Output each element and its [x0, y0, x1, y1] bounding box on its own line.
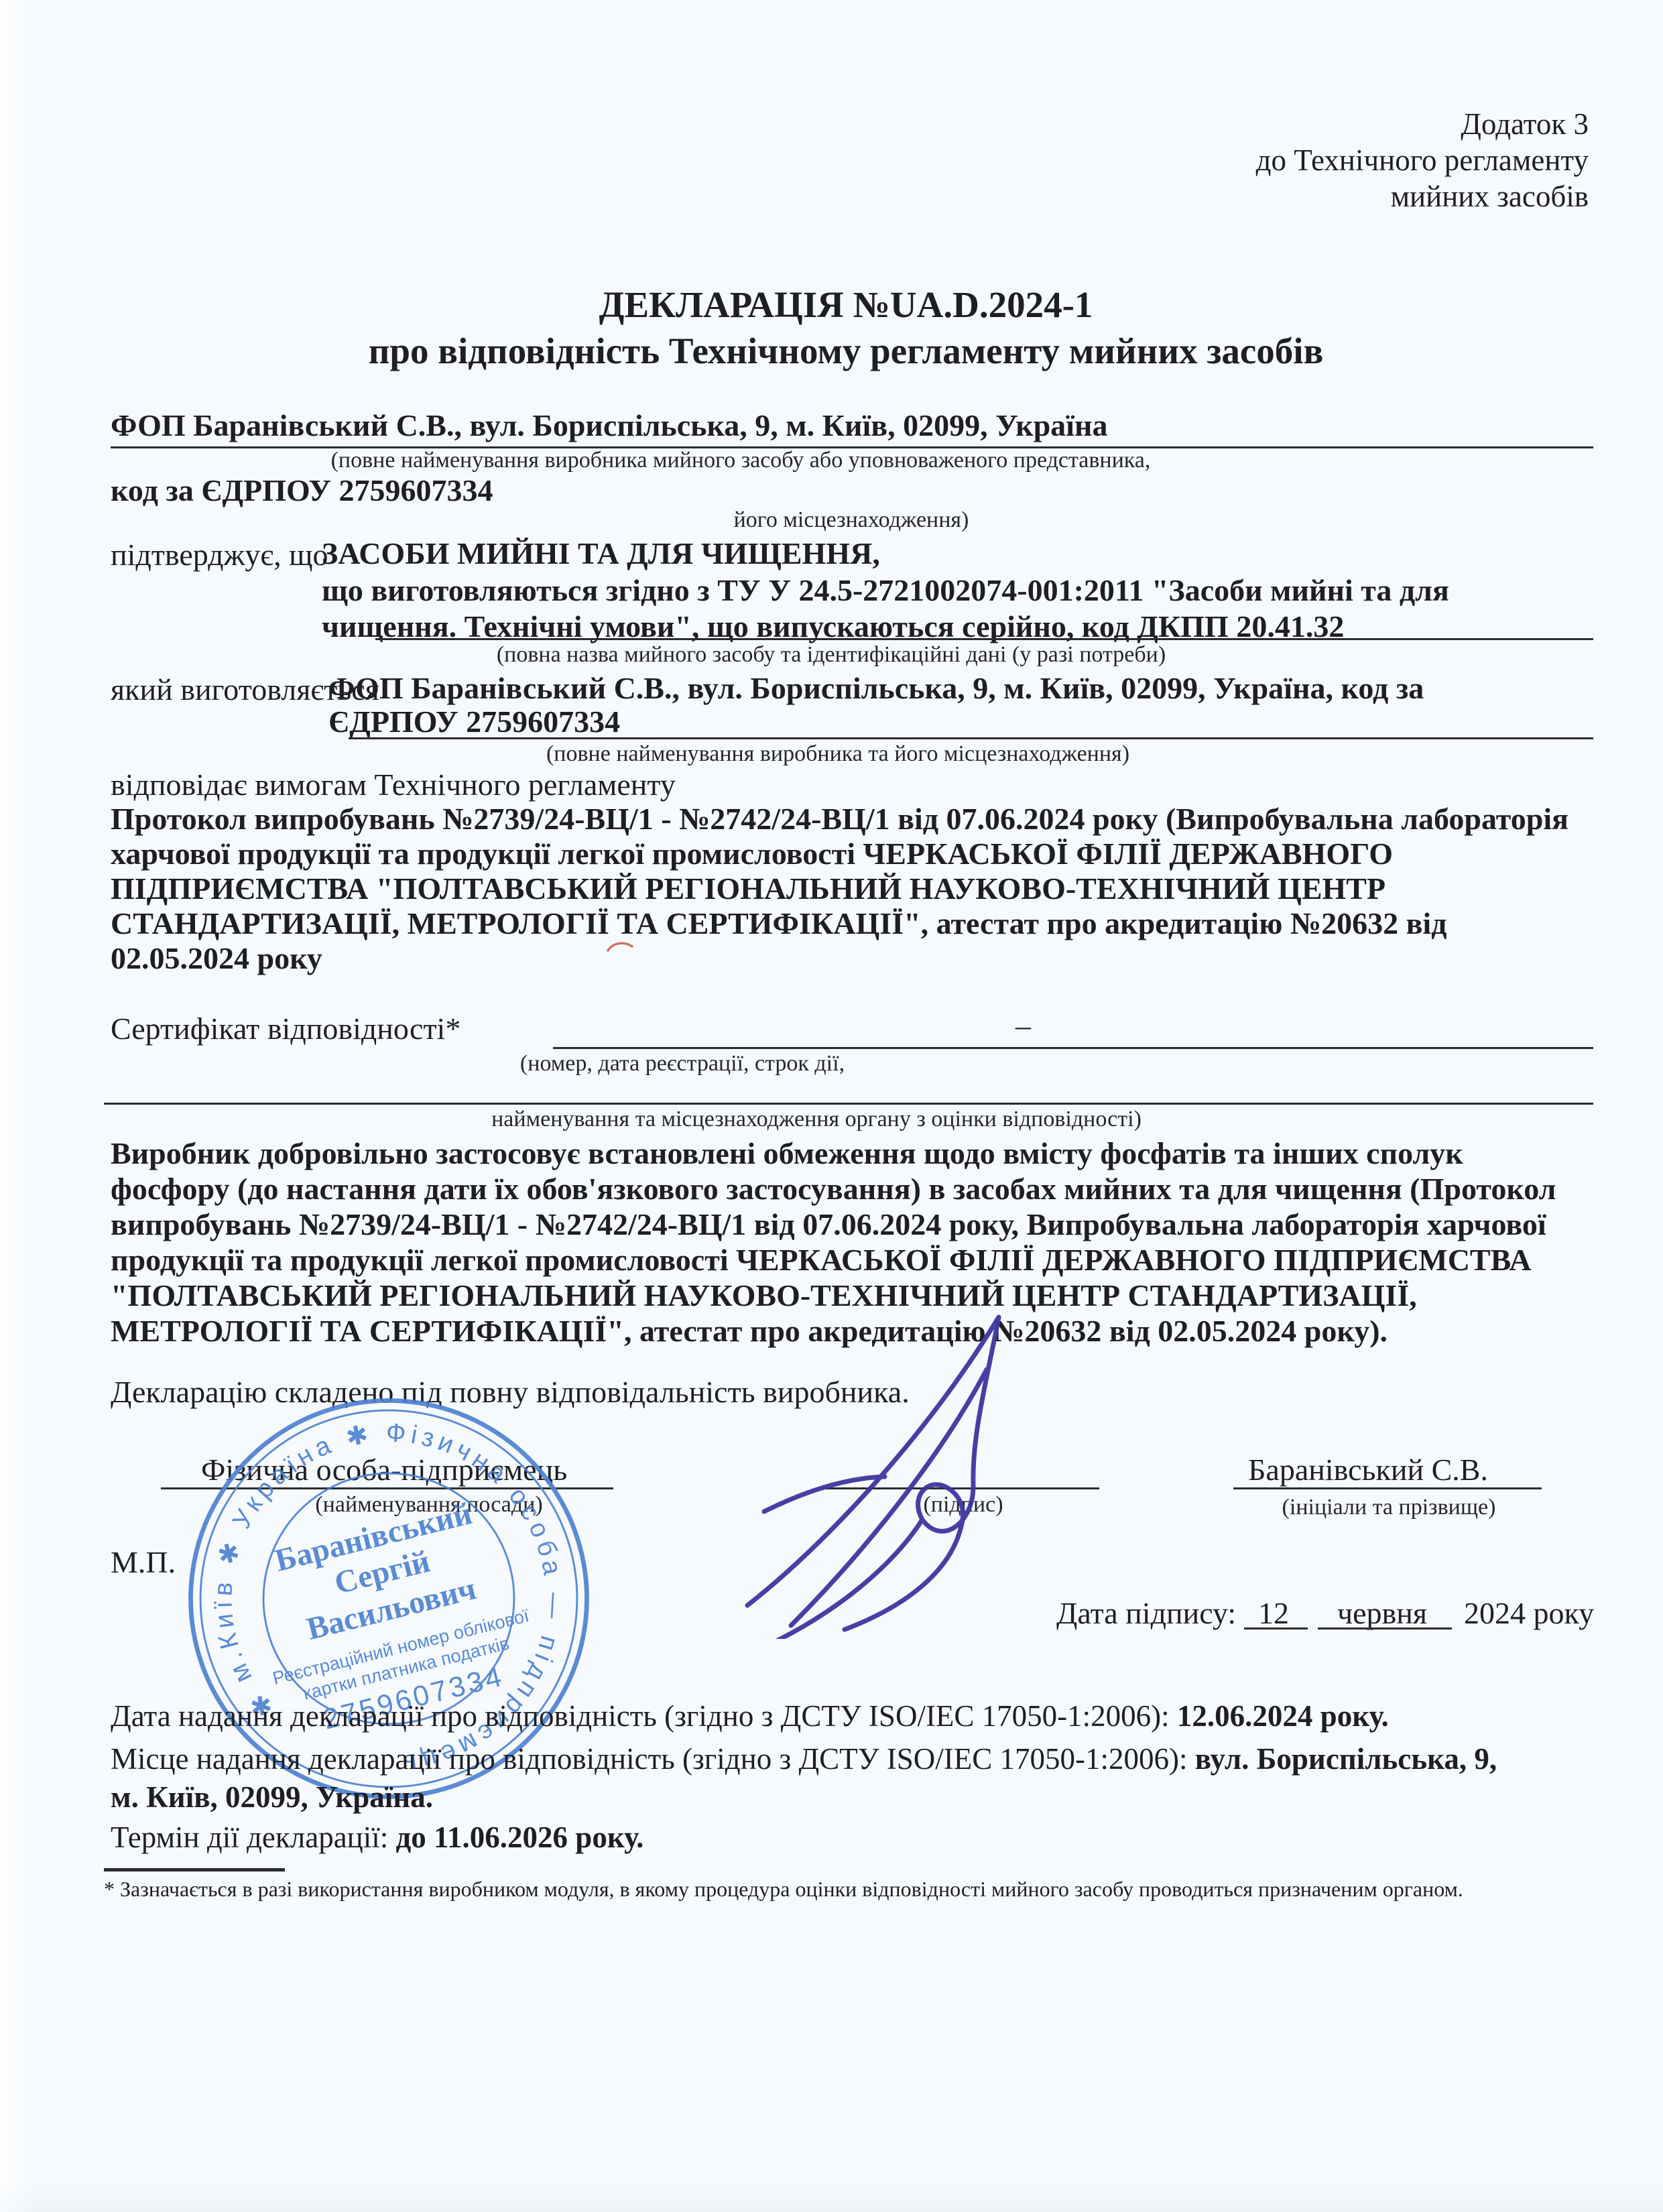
signer-name: Баранівський С.В.	[1248, 1453, 1488, 1487]
product-name: ЗАСОБИ МИЙНІ ТА ДЛЯ ЧИЩЕННЯ,	[322, 537, 880, 571]
protocol-line: Протокол випробувань №2739/24-ВЦ/1 - №27…	[111, 802, 1568, 837]
edrpou-code: код за ЄДРПОУ 2759607334	[111, 474, 493, 508]
validity-value: до 11.06.2026 року.	[396, 1821, 644, 1854]
issue-place-label: Місце надання декларації про відповідніс…	[111, 1742, 1195, 1776]
confirms-label: підтверджує, що	[111, 538, 328, 572]
validity-label: Термін дії декларації:	[111, 1821, 396, 1854]
issue-place-value2: м. Київ, 02099, Україна.	[111, 1781, 433, 1815]
sign-date-year: 2024 року	[1464, 1597, 1594, 1631]
producer-underline	[349, 737, 1593, 739]
location-caption: його місцезнаходження)	[734, 507, 969, 533]
issue-date-value: 12.06.2024 року.	[1177, 1699, 1389, 1733]
red-pen-mark	[607, 940, 633, 955]
date-day-underline	[1244, 1627, 1308, 1630]
issue-date-line: Дата надання декларації про відповідніст…	[111, 1700, 1389, 1733]
stamp-place-label: М.П.	[111, 1546, 176, 1580]
voluntary-line: продукції та продукції легкої промислово…	[111, 1242, 1556, 1278]
conformity-intro: відповідає вимогам Технічного регламенту	[111, 768, 676, 802]
annex-line-3: мийних засобів	[1256, 178, 1589, 214]
certificate-underline	[553, 1047, 1593, 1049]
producer-line2: ЄДРПОУ 2759607334	[328, 705, 620, 739]
annex-line-1: Додаток 3	[1256, 106, 1589, 142]
footnote-separator	[104, 1868, 285, 1871]
date-month-underline	[1318, 1627, 1452, 1630]
product-spec-line1: що виготовляються згідно з ТУ У 24.5-272…	[322, 574, 1449, 608]
sign-date-day: 12	[1258, 1597, 1289, 1631]
handwritten-signature	[684, 1290, 1099, 1639]
document-title: ДЕКЛАРАЦІЯ №UA.D.2024-1	[599, 284, 1093, 326]
protocol-line: СТАНДАРТИЗАЦІЇ, МЕТРОЛОГІЇ ТА СЕРТИФІКАЦ…	[111, 906, 1568, 941]
manufacturer-caption: (повне найменування виробника мийного за…	[331, 448, 1151, 473]
certificate-label: Сертифікат відповідності*	[111, 1012, 460, 1046]
annex-line-2: до Технічного регламенту	[1256, 142, 1589, 178]
certificate-dash: –	[1015, 1009, 1031, 1043]
product-underline	[375, 638, 1593, 640]
sign-date-month: червня	[1337, 1597, 1427, 1631]
producer-caption: (повне найменування виробника та його мі…	[546, 741, 1129, 767]
certificate-caption1: (номер, дата реєстрації, строк дії,	[520, 1051, 845, 1077]
voluntary-line: фосфору (до настання дати їх обов'язково…	[111, 1171, 1556, 1207]
protocol-paragraph: Протокол випробувань №2739/24-ВЦ/1 - №27…	[111, 802, 1568, 976]
manufacturer-name: ФОП Баранівський С.В., вул. Бориспільськ…	[111, 409, 1107, 443]
annex-reference: Додаток 3 до Технічного регламенту мийни…	[1256, 106, 1589, 214]
voluntary-line: Виробник добровільно застосовує встановл…	[111, 1135, 1556, 1171]
protocol-line: 02.05.2024 року	[111, 941, 1568, 976]
name-caption: (ініціали та прізвище)	[1282, 1495, 1496, 1520]
footnote-text: * Зазначається в разі використання вироб…	[104, 1877, 1463, 1902]
product-caption: (повна назва мийного засобу та ідентифік…	[497, 642, 1166, 668]
declaration-document: Додаток 3 до Технічного регламенту мийни…	[0, 0, 1663, 2212]
protocol-line: ПІДПРИЄМСТВА "ПОЛТАВСЬКИЙ РЕГІОНАЛЬНИЙ Н…	[111, 871, 1568, 906]
voluntary-line: випробувань №2739/24-ВЦ/1 - №2742/24-ВЦ/…	[111, 1207, 1556, 1242]
certificate-caption2: найменування та місцезнаходження органу …	[491, 1107, 1142, 1132]
producer-line1: ФОП Баранівський С.В., вул. Бориспільськ…	[328, 672, 1424, 706]
issue-place-value1: вул. Бориспільська, 9,	[1195, 1742, 1497, 1776]
issue-place-line: Місце надання декларації про відповідніс…	[111, 1743, 1497, 1776]
document-subtitle: про відповідність Технічному регламенту …	[369, 330, 1324, 372]
protocol-line: харчової продукції та продукції легкої п…	[111, 837, 1568, 871]
validity-line: Термін дії декларації: до 11.06.2026 рок…	[111, 1821, 643, 1855]
name-underline	[1233, 1487, 1542, 1489]
issue-date-label: Дата надання декларації про відповідніст…	[111, 1699, 1177, 1733]
assessment-body-underline	[104, 1103, 1593, 1105]
